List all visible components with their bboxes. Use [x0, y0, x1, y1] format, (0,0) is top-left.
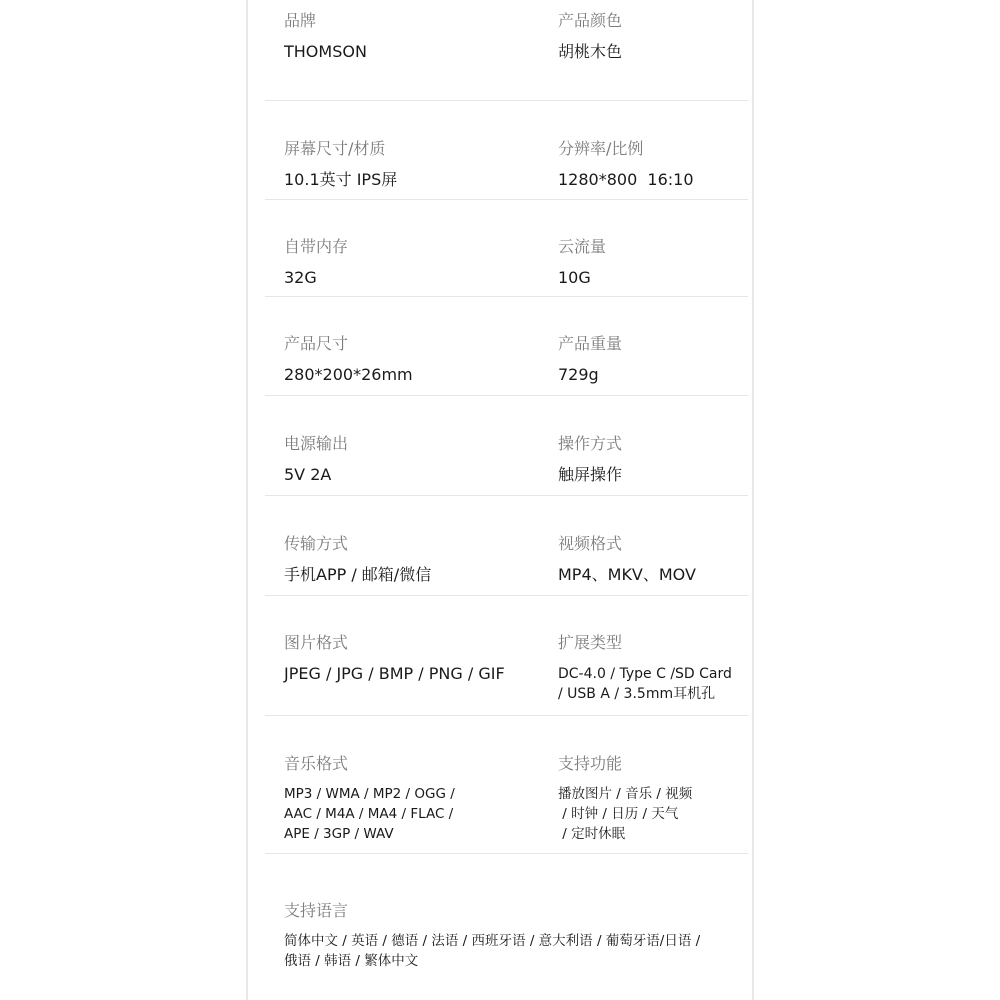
spec-value-line: 简体中文 / 英语 / 德语 / 法语 / 西班牙语 / 意大利语 / 葡萄牙语… — [284, 931, 754, 951]
spec-value: MP4、MKV、MOV — [558, 565, 748, 585]
spec-label: 产品重量 — [558, 334, 748, 354]
spec-label: 自带内存 — [284, 237, 544, 257]
spec-row-languages: 支持语言 简体中文 / 英语 / 德语 / 法语 / 西班牙语 / 意大利语 /… — [265, 854, 748, 1000]
spec-value-line: 俄语 / 韩语 / 繁体中文 — [284, 951, 754, 971]
spec-memory: 自带内存 32G — [284, 237, 544, 288]
spec-music: 音乐格式 MP3 / WMA / MP2 / OGG / AAC / M4A /… — [284, 754, 544, 844]
spec-color: 产品颜色 胡桃木色 — [558, 11, 748, 62]
spec-operation: 操作方式 触屏操作 — [558, 434, 748, 485]
spec-value: 手机APP / 邮箱/微信 — [284, 565, 544, 585]
spec-value: 胡桃木色 — [558, 42, 748, 62]
spec-value: 1280*800 16:10 — [558, 170, 748, 190]
spec-label: 图片格式 — [284, 633, 544, 653]
spec-value: 32G — [284, 268, 544, 288]
spec-value-line: / 时钟 / 日历 / 天气 — [558, 804, 748, 824]
spec-value-line: DC-4.0 / Type C /SD Card — [558, 664, 748, 684]
spec-row-brand: 品牌 THOMSON 产品颜色 胡桃木色 — [265, 0, 748, 101]
spec-value-line: AAC / M4A / MA4 / FLAC / — [284, 804, 544, 824]
spec-value-line: / USB A / 3.5mm耳机孔 — [558, 684, 748, 704]
spec-panel: 品牌 THOMSON 产品颜色 胡桃木色 屏幕尺寸/材质 10.1英寸 IPS屏… — [246, 0, 754, 1000]
spec-screen: 屏幕尺寸/材质 10.1英寸 IPS屏 — [284, 139, 544, 190]
spec-label: 云流量 — [558, 237, 748, 257]
spec-row-memory: 自带内存 32G 云流量 10G — [265, 200, 748, 297]
spec-label: 支持语言 — [284, 901, 754, 921]
spec-expansion: 扩展类型 DC-4.0 / Type C /SD Card / USB A / … — [558, 633, 748, 704]
spec-value-line: MP3 / WMA / MP2 / OGG / — [284, 784, 544, 804]
spec-size: 产品尺寸 280*200*26mm — [284, 334, 544, 385]
spec-value: 播放图片 / 音乐 / 视频 / 时钟 / 日历 / 天气 / 定时休眠 — [558, 784, 748, 844]
spec-value: 10G — [558, 268, 748, 288]
spec-label: 品牌 — [284, 11, 544, 31]
spec-label: 音乐格式 — [284, 754, 544, 774]
spec-brand: 品牌 THOMSON — [284, 11, 544, 62]
spec-label: 扩展类型 — [558, 633, 748, 653]
spec-cloud: 云流量 10G — [558, 237, 748, 288]
spec-value: 280*200*26mm — [284, 365, 544, 385]
spec-value: 729g — [558, 365, 748, 385]
spec-label: 视频格式 — [558, 534, 748, 554]
spec-label: 传输方式 — [284, 534, 544, 554]
spec-value: 10.1英寸 IPS屏 — [284, 170, 544, 190]
spec-row-transfer: 传输方式 手机APP / 邮箱/微信 视频格式 MP4、MKV、MOV — [265, 496, 748, 596]
spec-resolution: 分辨率/比例 1280*800 16:10 — [558, 139, 748, 190]
spec-label: 产品尺寸 — [284, 334, 544, 354]
spec-row-power: 电源输出 5V 2A 操作方式 触屏操作 — [265, 396, 748, 496]
spec-label: 分辨率/比例 — [558, 139, 748, 159]
spec-value: 5V 2A — [284, 465, 544, 485]
spec-value: MP3 / WMA / MP2 / OGG / AAC / M4A / MA4 … — [284, 784, 544, 844]
spec-label: 屏幕尺寸/材质 — [284, 139, 544, 159]
spec-value-line: / 定时休眠 — [558, 824, 748, 844]
spec-label: 电源输出 — [284, 434, 544, 454]
spec-row-image: 图片格式 JPEG / JPG / BMP / PNG / GIF 扩展类型 D… — [265, 596, 748, 716]
spec-power: 电源输出 5V 2A — [284, 434, 544, 485]
spec-value-line: 播放图片 / 音乐 / 视频 — [558, 784, 748, 804]
spec-value: DC-4.0 / Type C /SD Card / USB A / 3.5mm… — [558, 664, 748, 704]
spec-row-music: 音乐格式 MP3 / WMA / MP2 / OGG / AAC / M4A /… — [265, 716, 748, 854]
spec-languages: 支持语言 简体中文 / 英语 / 德语 / 法语 / 西班牙语 / 意大利语 /… — [284, 901, 754, 971]
spec-label: 操作方式 — [558, 434, 748, 454]
spec-label: 支持功能 — [558, 754, 748, 774]
spec-value: 简体中文 / 英语 / 德语 / 法语 / 西班牙语 / 意大利语 / 葡萄牙语… — [284, 931, 754, 971]
spec-row-screen: 屏幕尺寸/材质 10.1英寸 IPS屏 分辨率/比例 1280*800 16:1… — [265, 101, 748, 200]
spec-row-size: 产品尺寸 280*200*26mm 产品重量 729g — [265, 297, 748, 396]
spec-value: JPEG / JPG / BMP / PNG / GIF — [284, 664, 544, 684]
spec-functions: 支持功能 播放图片 / 音乐 / 视频 / 时钟 / 日历 / 天气 / 定时休… — [558, 754, 748, 844]
spec-transfer: 传输方式 手机APP / 邮箱/微信 — [284, 534, 544, 585]
spec-label: 产品颜色 — [558, 11, 748, 31]
spec-value-line: APE / 3GP / WAV — [284, 824, 544, 844]
spec-value: THOMSON — [284, 42, 544, 62]
spec-video: 视频格式 MP4、MKV、MOV — [558, 534, 748, 585]
spec-weight: 产品重量 729g — [558, 334, 748, 385]
spec-value: 触屏操作 — [558, 465, 748, 485]
spec-image: 图片格式 JPEG / JPG / BMP / PNG / GIF — [284, 633, 544, 684]
